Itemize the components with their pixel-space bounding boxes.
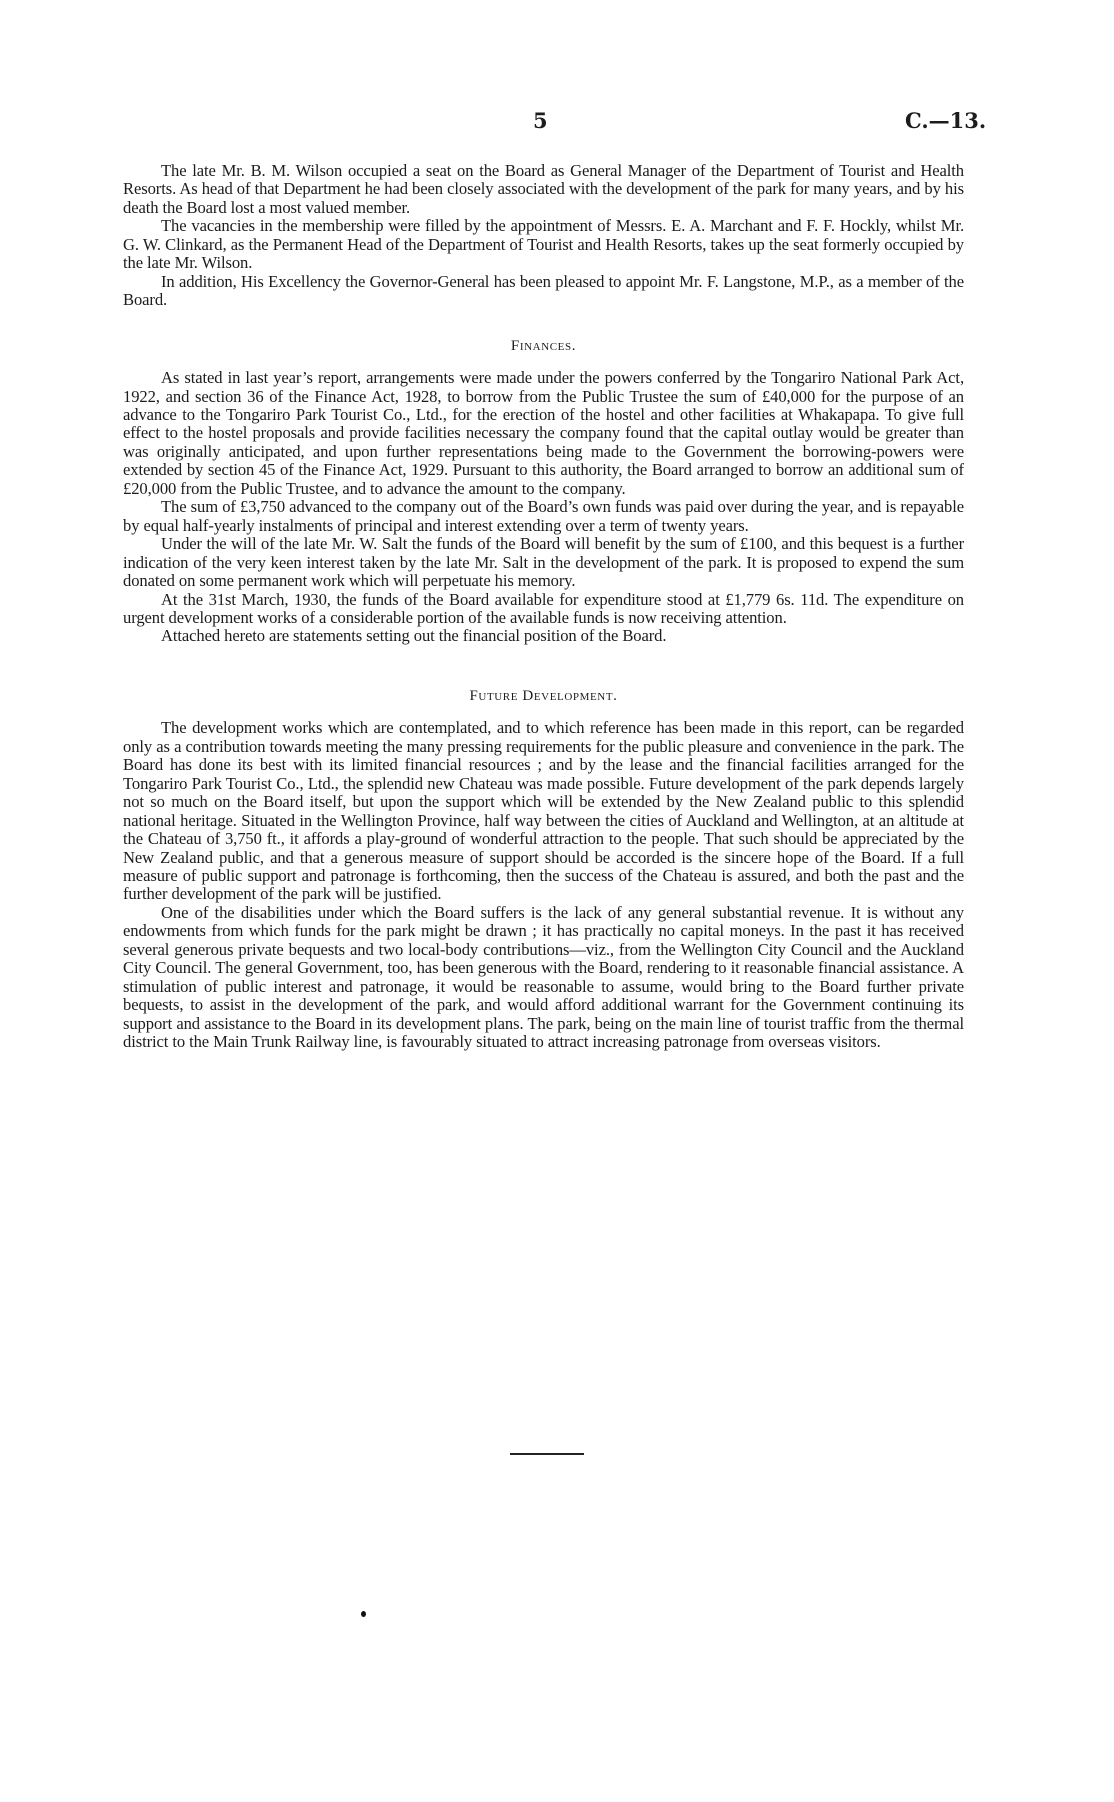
finances-section: Finances. As stated in last year’s repor… — [123, 337, 964, 646]
paragraph: One of the disabilities under which the … — [123, 904, 964, 1052]
paragraph: At the 31st March, 1930, the funds of th… — [123, 591, 964, 628]
future-development-section: Future Development. The development work… — [123, 687, 964, 1052]
paragraph: The late Mr. B. M. Wilson occupied a sea… — [123, 162, 964, 217]
paragraph: Under the will of the late Mr. W. Salt t… — [123, 535, 964, 590]
ink-speck — [361, 1611, 366, 1617]
paragraph: As stated in last year’s report, arrange… — [123, 369, 964, 498]
paragraph: In addition, His Excellency the Governor… — [123, 273, 964, 310]
paragraph: Attached hereto are statements setting o… — [123, 627, 964, 645]
end-rule-divider — [510, 1453, 584, 1455]
page-number: 5 — [533, 108, 548, 133]
document-body: The late Mr. B. M. Wilson occupied a sea… — [123, 162, 964, 1051]
paragraph: The development works which are contempl… — [123, 719, 964, 904]
section-heading-future-development: Future Development. — [123, 687, 964, 705]
page-header: 5 C.—13. — [0, 108, 1114, 138]
intro-section: The late Mr. B. M. Wilson occupied a sea… — [123, 162, 964, 310]
paragraph: The vacancies in the membership were fil… — [123, 217, 964, 272]
paragraph: The sum of £3,750 advanced to the compan… — [123, 498, 964, 535]
section-heading-finances: Finances. — [123, 337, 964, 355]
document-reference: C.—13. — [905, 108, 986, 133]
